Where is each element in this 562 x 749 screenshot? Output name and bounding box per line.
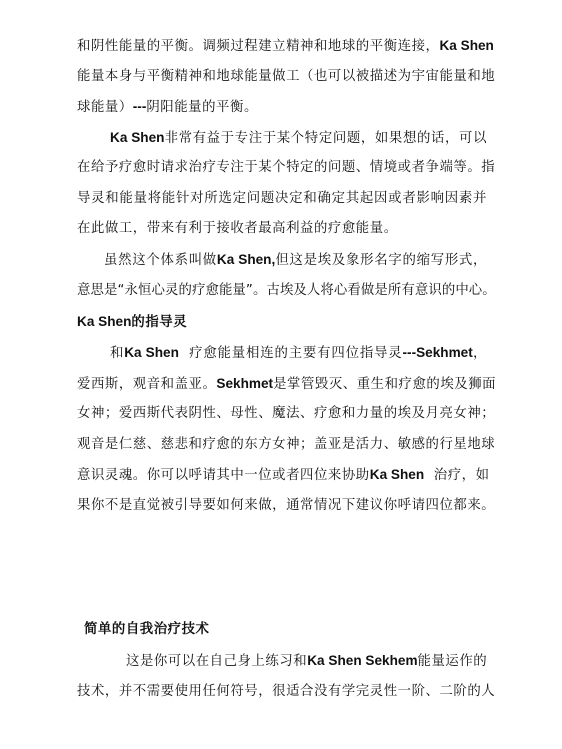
- text: 球能量）: [77, 100, 133, 115]
- text: 意思是“永恒心灵的疗愈能量”。古埃及人将心看做是所有意识的中心。: [77, 283, 496, 298]
- paragraph-2-line-4: 在此做工，带来有利于接收者最高利益的疗愈能量。: [77, 219, 487, 239]
- paragraph-4-line-1: 和Ka Shen 疗愈能量相连的主要有四位指导灵---Sekhmet，: [110, 343, 487, 363]
- text: 能量本身与平衡精神和地球能量做工（也可以被描述为宇宙能量和地: [77, 69, 495, 84]
- paragraph-2-line-2: 在给予疗愈时请求治疗专注于某个特定的问题、情境或者争端等。指: [77, 158, 487, 178]
- text: 果你不是直觉被引导要如何来做，通常情况下建议你呼请四位都来。: [77, 498, 495, 513]
- paragraph-3-line-2: 意思是“永恒心灵的疗愈能量”。古埃及人将心看做是所有意识的中心。: [77, 281, 487, 301]
- text: 观音是仁慈、慈悲和疗愈的东方女神；盖亚是活力、敏感的行星地球: [77, 437, 495, 452]
- text: 导灵和能量将能针对所选定问题决定和确定其起因或者影响因素并: [77, 191, 487, 206]
- paragraph-4-line-4: 观音是仁慈、慈悲和疗愈的东方女神；盖亚是活力、敏感的行星地球: [77, 435, 487, 455]
- bold-term: ---Sekhmet: [403, 345, 473, 360]
- text: 技术，并不需要使用任何符号，很适合没有学完灵性一阶、二阶的人: [77, 684, 495, 699]
- paragraph-5-line-1: 这是你可以在自己身上练习和Ka Shen Sekhem能量运作的: [126, 651, 487, 671]
- bold-term: Ka Shen: [110, 130, 164, 145]
- bold-term: Ka Shen: [439, 38, 493, 53]
- bold-term: Ka Shen: [370, 467, 424, 482]
- text: 虽然这个体系叫做: [104, 253, 217, 268]
- paragraph-4-line-2: 爱西斯，观音和盖亚。Sekhmet是掌管毁灭、重生和疗愈的埃及狮面: [77, 374, 487, 394]
- text: 女神；爱西斯代表阴性、母性、魔法、疗愈和力量的埃及月亮女神；: [77, 406, 495, 421]
- paragraph-1-line-1: 和阴性能量的平衡。调频过程建立精神和地球的平衡连接，Ka Shen: [77, 36, 487, 56]
- text: 意识灵魂。你可以呼请其中一位或者四位来协助: [77, 468, 370, 483]
- heading-text: 简单的自我治疗技术: [84, 622, 209, 637]
- paragraph-4-line-3: 女神；爱西斯代表阴性、母性、魔法、疗愈和力量的埃及月亮女神；: [77, 404, 487, 424]
- paragraph-4-line-6: 果你不是直觉被引导要如何来做，通常情况下建议你呼请四位都来。: [77, 496, 487, 516]
- text: 非常有益于专注于某个特定问题，如果想的话，可以: [164, 131, 487, 146]
- text: 治疗，如: [434, 468, 490, 483]
- bold-term: Ka Shen: [77, 314, 131, 329]
- bold-term: Ka Shen,: [217, 252, 275, 267]
- text: 是掌管毁灭、重生和疗愈的埃及狮面: [273, 377, 496, 392]
- paragraph-2-line-3: 导灵和能量将能针对所选定问题决定和确定其起因或者影响因素并: [77, 189, 487, 209]
- paragraph-4-line-5: 意识灵魂。你可以呼请其中一位或者四位来协助Ka Shen 治疗，如: [77, 465, 487, 485]
- text: 疗愈能量相连的主要有四位指导灵: [189, 346, 402, 361]
- text: 和阴性能量的平衡。调频过程建立精神和地球的平衡连接，: [77, 39, 439, 54]
- bold-term: Sekhmet: [216, 376, 273, 391]
- text: 能量运作的: [418, 654, 488, 669]
- bold-dashes: ---: [133, 99, 147, 114]
- text: 但这是埃及象形名字的缩写形式，: [275, 253, 487, 268]
- document-page: 和阴性能量的平衡。调频过程建立精神和地球的平衡连接，Ka Shen 能量本身与平…: [0, 0, 562, 749]
- paragraph-1-line-3: 球能量）---阴阳能量的平衡。: [77, 97, 487, 117]
- bold-term: Ka Shen: [124, 345, 179, 360]
- text: 这是你可以在自己身上练习和: [126, 654, 307, 669]
- paragraph-3-line-1: 虽然这个体系叫做Ka Shen,但这是埃及象形名字的缩写形式，: [104, 250, 487, 270]
- text: ，: [473, 346, 487, 361]
- text: 阴阳能量的平衡。: [146, 100, 258, 115]
- bold-term: Ka Shen Sekhem: [307, 653, 417, 668]
- section-heading-self-healing: 简单的自我治疗技术: [84, 620, 494, 640]
- text: 爱西斯，观音和盖亚。: [77, 377, 216, 392]
- section-heading-guides: Ka Shen的指导灵: [77, 312, 487, 332]
- paragraph-1-line-2: 能量本身与平衡精神和地球能量做工（也可以被描述为宇宙能量和地: [77, 67, 487, 87]
- text: 在给予疗愈时请求治疗专注于某个特定的问题、情境或者争端等。指: [77, 160, 495, 175]
- paragraph-2-line-1: Ka Shen非常有益于专注于某个特定问题，如果想的话，可以: [110, 128, 487, 148]
- text: 在此做工，带来有利于接收者最高利益的疗愈能量。: [77, 221, 398, 236]
- text: 和: [110, 346, 124, 361]
- paragraph-5-line-2: 技术，并不需要使用任何符号，很适合没有学完灵性一阶、二阶的人: [77, 682, 487, 702]
- heading-text: 的指导灵: [131, 315, 187, 330]
